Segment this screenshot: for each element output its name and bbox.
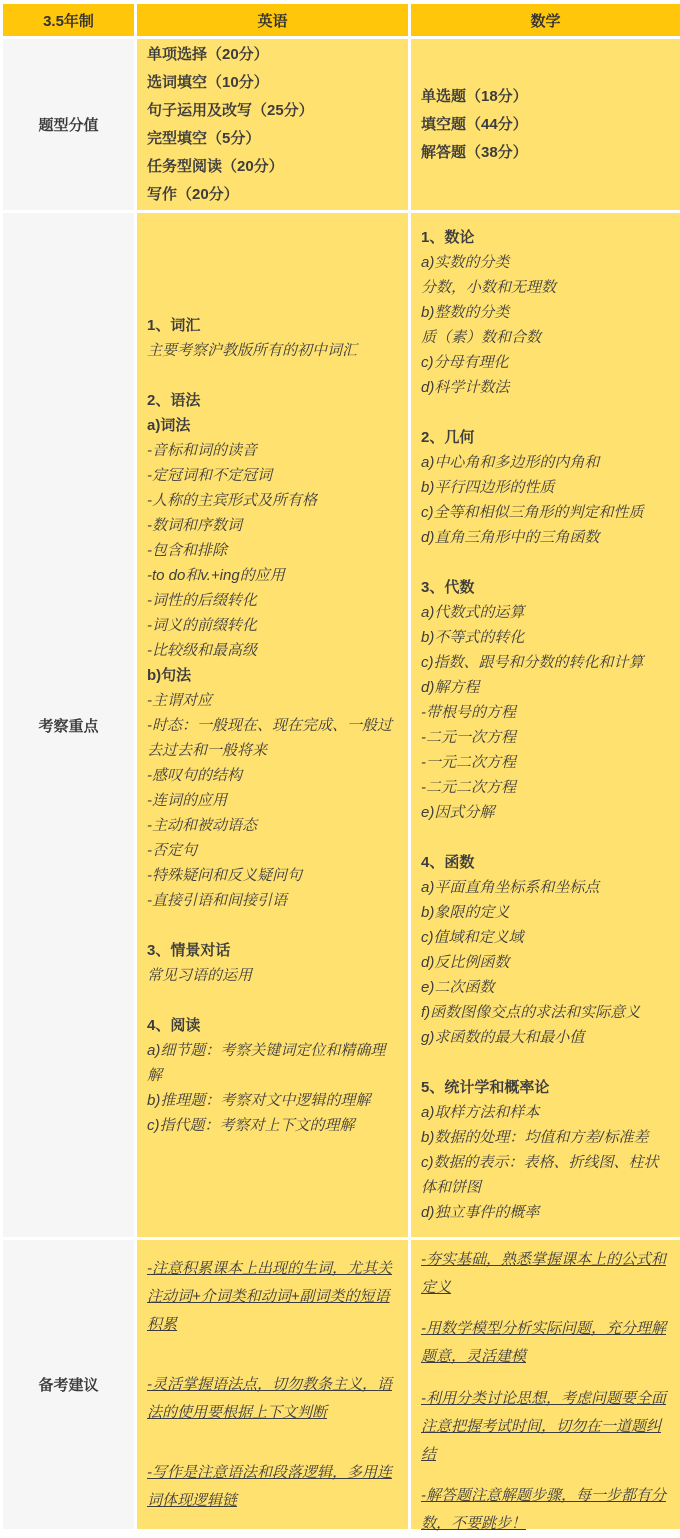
header-math-label: 数学 — [530, 10, 560, 31]
text-line: a)中心角和多边形的内角和 — [421, 450, 668, 475]
spacer — [421, 1050, 668, 1075]
text-line: d)解方程 — [421, 675, 668, 700]
text-line: -音标和词的读音 — [147, 438, 396, 463]
text-line: -数词和序数词 — [147, 513, 396, 538]
text-line: 句子运用及改写（25分） — [147, 97, 396, 125]
text-line: -带根号的方程 — [421, 700, 668, 725]
text-line: -to do和v.+ing的应用 — [147, 563, 396, 588]
text-line: -词性的后缀转化 — [147, 588, 396, 613]
row-label-question-types: 题型分值 — [3, 39, 134, 210]
row-label-exam-focus-text: 考察重点 — [38, 715, 98, 736]
text-line: -人称的主宾形式及所有格 — [147, 488, 396, 513]
text-line: 质（素）数和合数 — [421, 325, 668, 350]
row-label-prep-advice: 备考建议 — [3, 1240, 134, 1529]
text-line: e)因式分解 — [421, 800, 668, 825]
spacer — [147, 1339, 396, 1371]
spacer — [421, 400, 668, 425]
text-line: a)细节题：考察关键词定位和精确理解 — [147, 1038, 396, 1088]
text-line: a)取样方法和样本 — [421, 1100, 668, 1125]
text-line: d)反比例函数 — [421, 950, 668, 975]
text-line: b)平行四边形的性质 — [421, 475, 668, 500]
text-line: 单选题（18分） — [421, 83, 668, 111]
text-line: 单项选择（20分） — [147, 41, 396, 69]
text-line: 2、几何 — [421, 425, 668, 450]
text-line: c)全等和相似三角形的判定和性质 — [421, 500, 668, 525]
text-line: 填空题（44分） — [421, 111, 668, 139]
english-prep-advice-cell: -注意积累课本上出现的生词，尤其关注动词+介词类和动词+副词类的短语积累-灵活掌… — [137, 1240, 408, 1529]
text-line: g)求函数的最大和最小值 — [421, 1025, 668, 1050]
text-line: 3、情景对话 — [147, 938, 396, 963]
text-line: 4、阅读 — [147, 1013, 396, 1038]
math-exam-focus-cell: 1、数论a)实数的分类分数，小数和无理数b)整数的分类质（素）数和合数c)分母有… — [411, 213, 680, 1237]
text-line: -二元一次方程 — [421, 725, 668, 750]
header-english-label: 英语 — [257, 10, 287, 31]
text-line: -灵活掌握语法点，切勿教条主义，语法的使用要根据上下文判断 — [147, 1371, 396, 1427]
text-line: b)整数的分类 — [421, 300, 668, 325]
text-line: c)数据的表示：表格、折线图、柱状体和饼图 — [421, 1150, 668, 1200]
text-line: e)二次函数 — [421, 975, 668, 1000]
text-line: -利用分类讨论思想，考虑问题要全面 — [421, 1385, 668, 1413]
math-question-types-cell: 单选题（18分）填空题（44分）解答题（38分） — [411, 39, 680, 210]
text-line: 完型填空（5分） — [147, 125, 396, 153]
english-question-types-cell: 单项选择（20分）选词填空（10分）句子运用及改写（25分）完型填空（5分）任务… — [137, 39, 408, 210]
text-line: -比较级和最高级 — [147, 638, 396, 663]
english-exam-focus-cell: 1、词汇主要考察沪教版所有的初中词汇2、语法a)词法-音标和词的读音-定冠词和不… — [137, 213, 408, 1237]
text-line: 写作（20分） — [147, 181, 396, 209]
spacer — [421, 550, 668, 575]
text-line: c)值域和定义域 — [421, 925, 668, 950]
text-line: 4、函数 — [421, 850, 668, 875]
text-line: -感叹句的结构 — [147, 763, 396, 788]
text-line: a)词法 — [147, 413, 396, 438]
text-line: -写作是注意语法和段落逻辑，多用连词体现逻辑链 — [147, 1459, 396, 1515]
text-line: c)指代题：考察对上下文的理解 — [147, 1113, 396, 1138]
text-line: 注意把握考试时间，切勿在一道题纠结 — [421, 1413, 668, 1454]
text-line: b)不等式的转化 — [421, 625, 668, 650]
text-line: 1、数论 — [421, 225, 668, 250]
text-line: 2、语法 — [147, 388, 396, 413]
text-line: a)代数式的运算 — [421, 600, 668, 625]
text-line: c)指数、跟号和分数的转化和计算 — [421, 650, 668, 675]
header-program-label: 3.5年制 — [43, 10, 94, 31]
text-line: b)数据的处理：均值和方差/标准差 — [421, 1125, 668, 1150]
text-line: 5、统计学和概率论 — [421, 1075, 668, 1100]
text-line: -包含和排除 — [147, 538, 396, 563]
spacer — [147, 913, 396, 938]
text-line: d)科学计数法 — [421, 375, 668, 400]
text-line: -夯实基础，熟悉掌握课本上的公式和定义 — [421, 1246, 668, 1287]
text-line: b)句法 — [147, 663, 396, 688]
header-english: 英语 — [137, 4, 408, 36]
text-line: b)象限的定义 — [421, 900, 668, 925]
text-line: b)推理题：考察对文中逻辑的理解 — [147, 1088, 396, 1113]
row-label-exam-focus: 考察重点 — [3, 213, 134, 1237]
text-line: 解答题（38分） — [421, 139, 668, 167]
text-line: -主谓对应 — [147, 688, 396, 713]
text-line: d)直角三角形中的三角函数 — [421, 525, 668, 550]
spacer — [421, 825, 668, 850]
text-line: 分数，小数和无理数 — [421, 275, 668, 300]
text-line: f)函数图像交点的求法和实际意义 — [421, 1000, 668, 1025]
text-line: -词义的前缀转化 — [147, 613, 396, 638]
text-line: 3、代数 — [421, 575, 668, 600]
text-line: -二元二次方程 — [421, 775, 668, 800]
text-line: -时态：一般现在、现在完成、一般过去过去和一般将来 — [147, 713, 396, 763]
text-line: -否定句 — [147, 838, 396, 863]
text-line: 常见习语的运用 — [147, 963, 396, 988]
text-line: c)分母有理化 — [421, 350, 668, 375]
text-line: -连词的应用 — [147, 788, 396, 813]
text-line: -特殊疑问和反义疑问句 — [147, 863, 396, 888]
header-program: 3.5年制 — [3, 4, 134, 36]
exam-info-table: 3.5年制 英语 数学 题型分值 单项选择（20分）选词填空（10分）句子运用及… — [0, 0, 680, 1535]
header-math: 数学 — [411, 4, 680, 36]
spacer — [421, 1454, 668, 1482]
row-label-prep-advice-text: 备考建议 — [38, 1374, 98, 1395]
spacer — [421, 1287, 668, 1315]
text-line: -定冠词和不定冠词 — [147, 463, 396, 488]
text-line: 任务型阅读（20分） — [147, 153, 396, 181]
text-line: -直接引语和间接引语 — [147, 888, 396, 913]
text-line: a)实数的分类 — [421, 250, 668, 275]
text-line: -一元二次方程 — [421, 750, 668, 775]
text-line: -注意积累课本上出现的生词，尤其关注动词+介词类和动词+副词类的短语积累 — [147, 1255, 396, 1339]
spacer — [147, 1427, 396, 1459]
text-line: -用数学模型分析实际问题，充分理解题意，灵活建模 — [421, 1315, 668, 1356]
spacer — [421, 1357, 668, 1385]
row-label-question-types-text: 题型分值 — [38, 114, 98, 135]
text-line: 1、词汇 — [147, 313, 396, 338]
text-line: -解答题注意解题步骤，每一步都有分数，不要跳步！ — [421, 1482, 668, 1523]
spacer — [147, 363, 396, 388]
text-line: d)独立事件的概率 — [421, 1200, 668, 1225]
text-line: -主动和被动语态 — [147, 813, 396, 838]
spacer — [147, 988, 396, 1013]
text-line: a)平面直角坐标系和坐标点 — [421, 875, 668, 900]
text-line: 主要考察沪教版所有的初中词汇 — [147, 338, 396, 363]
math-prep-advice-cell: -夯实基础，熟悉掌握课本上的公式和定义-用数学模型分析实际问题，充分理解题意，灵… — [411, 1240, 680, 1529]
text-line: 选词填空（10分） — [147, 69, 396, 97]
